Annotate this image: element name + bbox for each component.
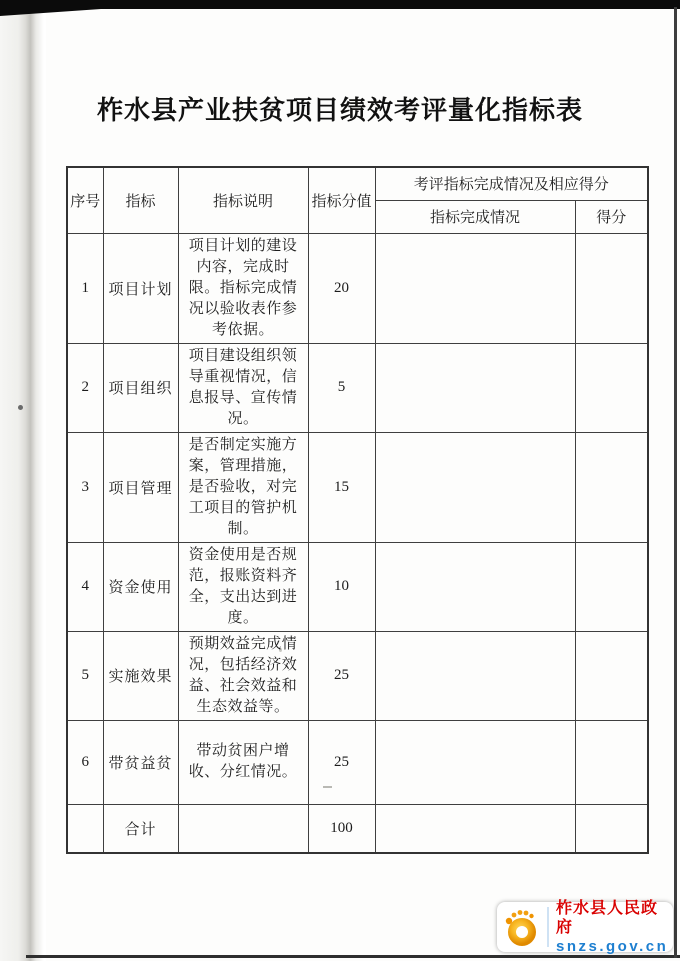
indicator-cell: 项目组织 — [103, 343, 178, 432]
indicator-cell: 资金使用 — [103, 542, 178, 631]
total-row: 合计 100 — [67, 804, 648, 853]
points-cell — [575, 233, 648, 343]
points-cell — [575, 804, 648, 853]
row-number-cell: 2 — [67, 343, 103, 432]
table-row: 1 项目计划 项目计划的建设内容，完成时限。指标完成情况以验收表作参考依据。 2… — [67, 233, 648, 343]
col-header-no: 序号 — [67, 167, 103, 233]
row-number-cell: 3 — [67, 432, 103, 542]
scan-speck — [18, 405, 23, 410]
desc-cell: 项目计划的建设内容，完成时限。指标完成情况以验收表作参考依据。 — [178, 233, 308, 343]
desc-cell: 是否制定实施方案，管理措施，是否验收，对完工项目的管护机制。 — [178, 432, 308, 542]
scan-left-page-curl — [0, 0, 46, 961]
completion-cell — [375, 432, 575, 542]
table-row: 5 实施效果 预期效益完成情况，包括经济效益、社会效益和生态效益等。 25 — [67, 631, 648, 720]
indicator-cell: 带贫益贫 — [103, 720, 178, 804]
score-cell: 10 — [308, 542, 375, 631]
col-header-desc: 指标说明 — [178, 167, 308, 233]
completion-cell — [375, 233, 575, 343]
col-header-indicator: 指标 — [103, 167, 178, 233]
completion-cell — [375, 804, 575, 853]
col-header-points: 得分 — [575, 200, 648, 233]
row-number-cell: 5 — [67, 631, 103, 720]
row-number-cell — [67, 804, 103, 853]
indicator-table: 序号 指标 指标说明 指标分值 考评指标完成情况及相应得分 指标完成情况 得分 … — [66, 166, 649, 854]
score-cell: 5 — [308, 343, 375, 432]
completion-cell — [375, 343, 575, 432]
total-label-cell: 合计 — [103, 804, 178, 853]
points-cell — [575, 631, 648, 720]
row-number-cell: 6 — [67, 720, 103, 804]
table-row: 2 项目组织 项目建设组织领导重视情况，信息报导、宣传情况。 5 — [67, 343, 648, 432]
total-score-cell: 100 — [308, 804, 375, 853]
completion-cell — [375, 720, 575, 804]
scan-top-left-shadow — [0, 0, 110, 16]
completion-cell — [375, 631, 575, 720]
gov-watermark: 柞水县人民政府 snzs.gov.cn — [497, 902, 673, 952]
row-number-cell: 4 — [67, 542, 103, 631]
desc-cell: 资金使用是否规范，报账资料齐全，支出达到进度。 — [178, 542, 308, 631]
indicator-cell: 项目管理 — [103, 432, 178, 542]
score-cell: 15 — [308, 432, 375, 542]
points-cell — [575, 542, 648, 631]
table-row: 4 资金使用 资金使用是否规范，报账资料齐全，支出达到进度。 10 — [67, 542, 648, 631]
col-header-eval-group: 考评指标完成情况及相应得分 — [375, 167, 648, 200]
score-cell: 25 — [308, 720, 375, 804]
completion-cell — [375, 542, 575, 631]
watermark-divider — [547, 907, 549, 947]
scan-page: 柞水县产业扶贫项目绩效考评量化指标表 序号 指标 指标说明 指标分值 考评指标完… — [0, 0, 680, 961]
indicator-cell: 项目计划 — [103, 233, 178, 343]
desc-cell — [178, 804, 308, 853]
row-number-cell: 1 — [67, 233, 103, 343]
desc-cell: 带动贫困户增收、分红情况。 — [178, 720, 308, 804]
score-cell: 20 — [308, 233, 375, 343]
score-cell: 25 — [308, 631, 375, 720]
points-cell — [575, 343, 648, 432]
paw-icon — [502, 906, 544, 948]
col-header-completion: 指标完成情况 — [375, 200, 575, 233]
indicator-cell: 实施效果 — [103, 631, 178, 720]
gov-site-url: snzs.gov.cn — [556, 937, 673, 956]
scan-right-edge — [674, 7, 677, 958]
header-row-1: 序号 指标 指标说明 指标分值 考评指标完成情况及相应得分 — [67, 167, 648, 200]
table-row: 6 带贫益贫 带动贫困户增收、分红情况。 25 — [67, 720, 648, 804]
gov-site-name: 柞水县人民政府 — [556, 899, 673, 937]
page-title: 柞水县产业扶贫项目绩效考评量化指标表 — [0, 90, 680, 127]
table-row: 3 项目管理 是否制定实施方案，管理措施，是否验收，对完工项目的管护机制。 15 — [67, 432, 648, 542]
desc-cell: 项目建设组织领导重视情况，信息报导、宣传情况。 — [178, 343, 308, 432]
desc-cell: 预期效益完成情况，包括经济效益、社会效益和生态效益等。 — [178, 631, 308, 720]
points-cell — [575, 432, 648, 542]
points-cell — [575, 720, 648, 804]
col-header-score: 指标分值 — [308, 167, 375, 233]
